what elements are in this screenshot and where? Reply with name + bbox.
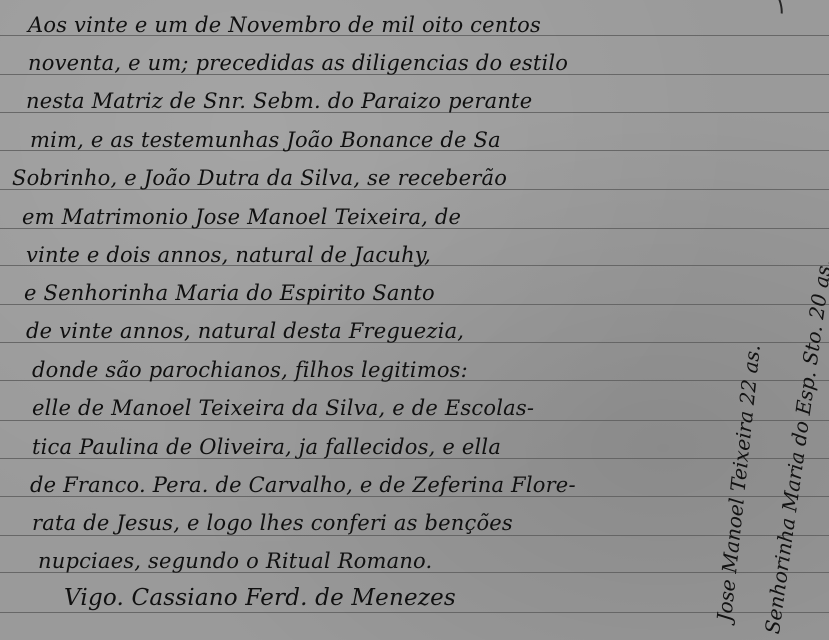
text-line-6: em Matrimonio Jose Manoel Teixeira, de: [22, 202, 461, 232]
text-line-1: Aos vinte e um de Novembro de mil oito c…: [28, 10, 541, 40]
text-line-3: nesta Matriz de Snr. Sebm. do Paraizo pe…: [26, 86, 532, 116]
text-line-13: de Franco. Pera. de Carvalho, e de Zefer…: [30, 470, 576, 500]
text-line-7: vinte e dois annos, natural de Jacuhy,: [26, 240, 431, 270]
register-page: Aos vinte e um de Novembro de mil oito c…: [0, 0, 829, 640]
text-line-5: Sobrinho, e João Dutra da Silva, se rece…: [12, 163, 507, 193]
text-line-14: rata de Jesus, e logo lhes conferi as be…: [32, 508, 513, 538]
text-line-4: mim, e as testemunhas João Bonance de Sa: [30, 125, 501, 155]
text-line-10: donde são parochianos, filhos legitimos:: [32, 355, 468, 385]
text-line-9: de vinte annos, natural desta Freguezia,: [26, 316, 464, 346]
priest-signature: Vigo. Cassiano Ferd. de Menezes: [64, 583, 456, 613]
text-line-12: tica Paulina de Oliveira, ja fallecidos,…: [32, 432, 501, 462]
text-line-2: noventa, e um; precedidas as diligencias…: [28, 48, 568, 78]
text-line-11: elle de Manoel Teixeira da Silva, e de E…: [32, 393, 534, 423]
margin-note-groom: Jose Manoel Teixeira 22 as.: [712, 343, 765, 622]
margin-note-bride: Senhorinha Maria do Esp. Sto. 20 as.: [760, 258, 829, 636]
text-line-15: nupciaes, segundo o Ritual Romano.: [38, 546, 432, 576]
text-line-8: e Senhorinha Maria do Espirito Santo: [24, 278, 435, 308]
